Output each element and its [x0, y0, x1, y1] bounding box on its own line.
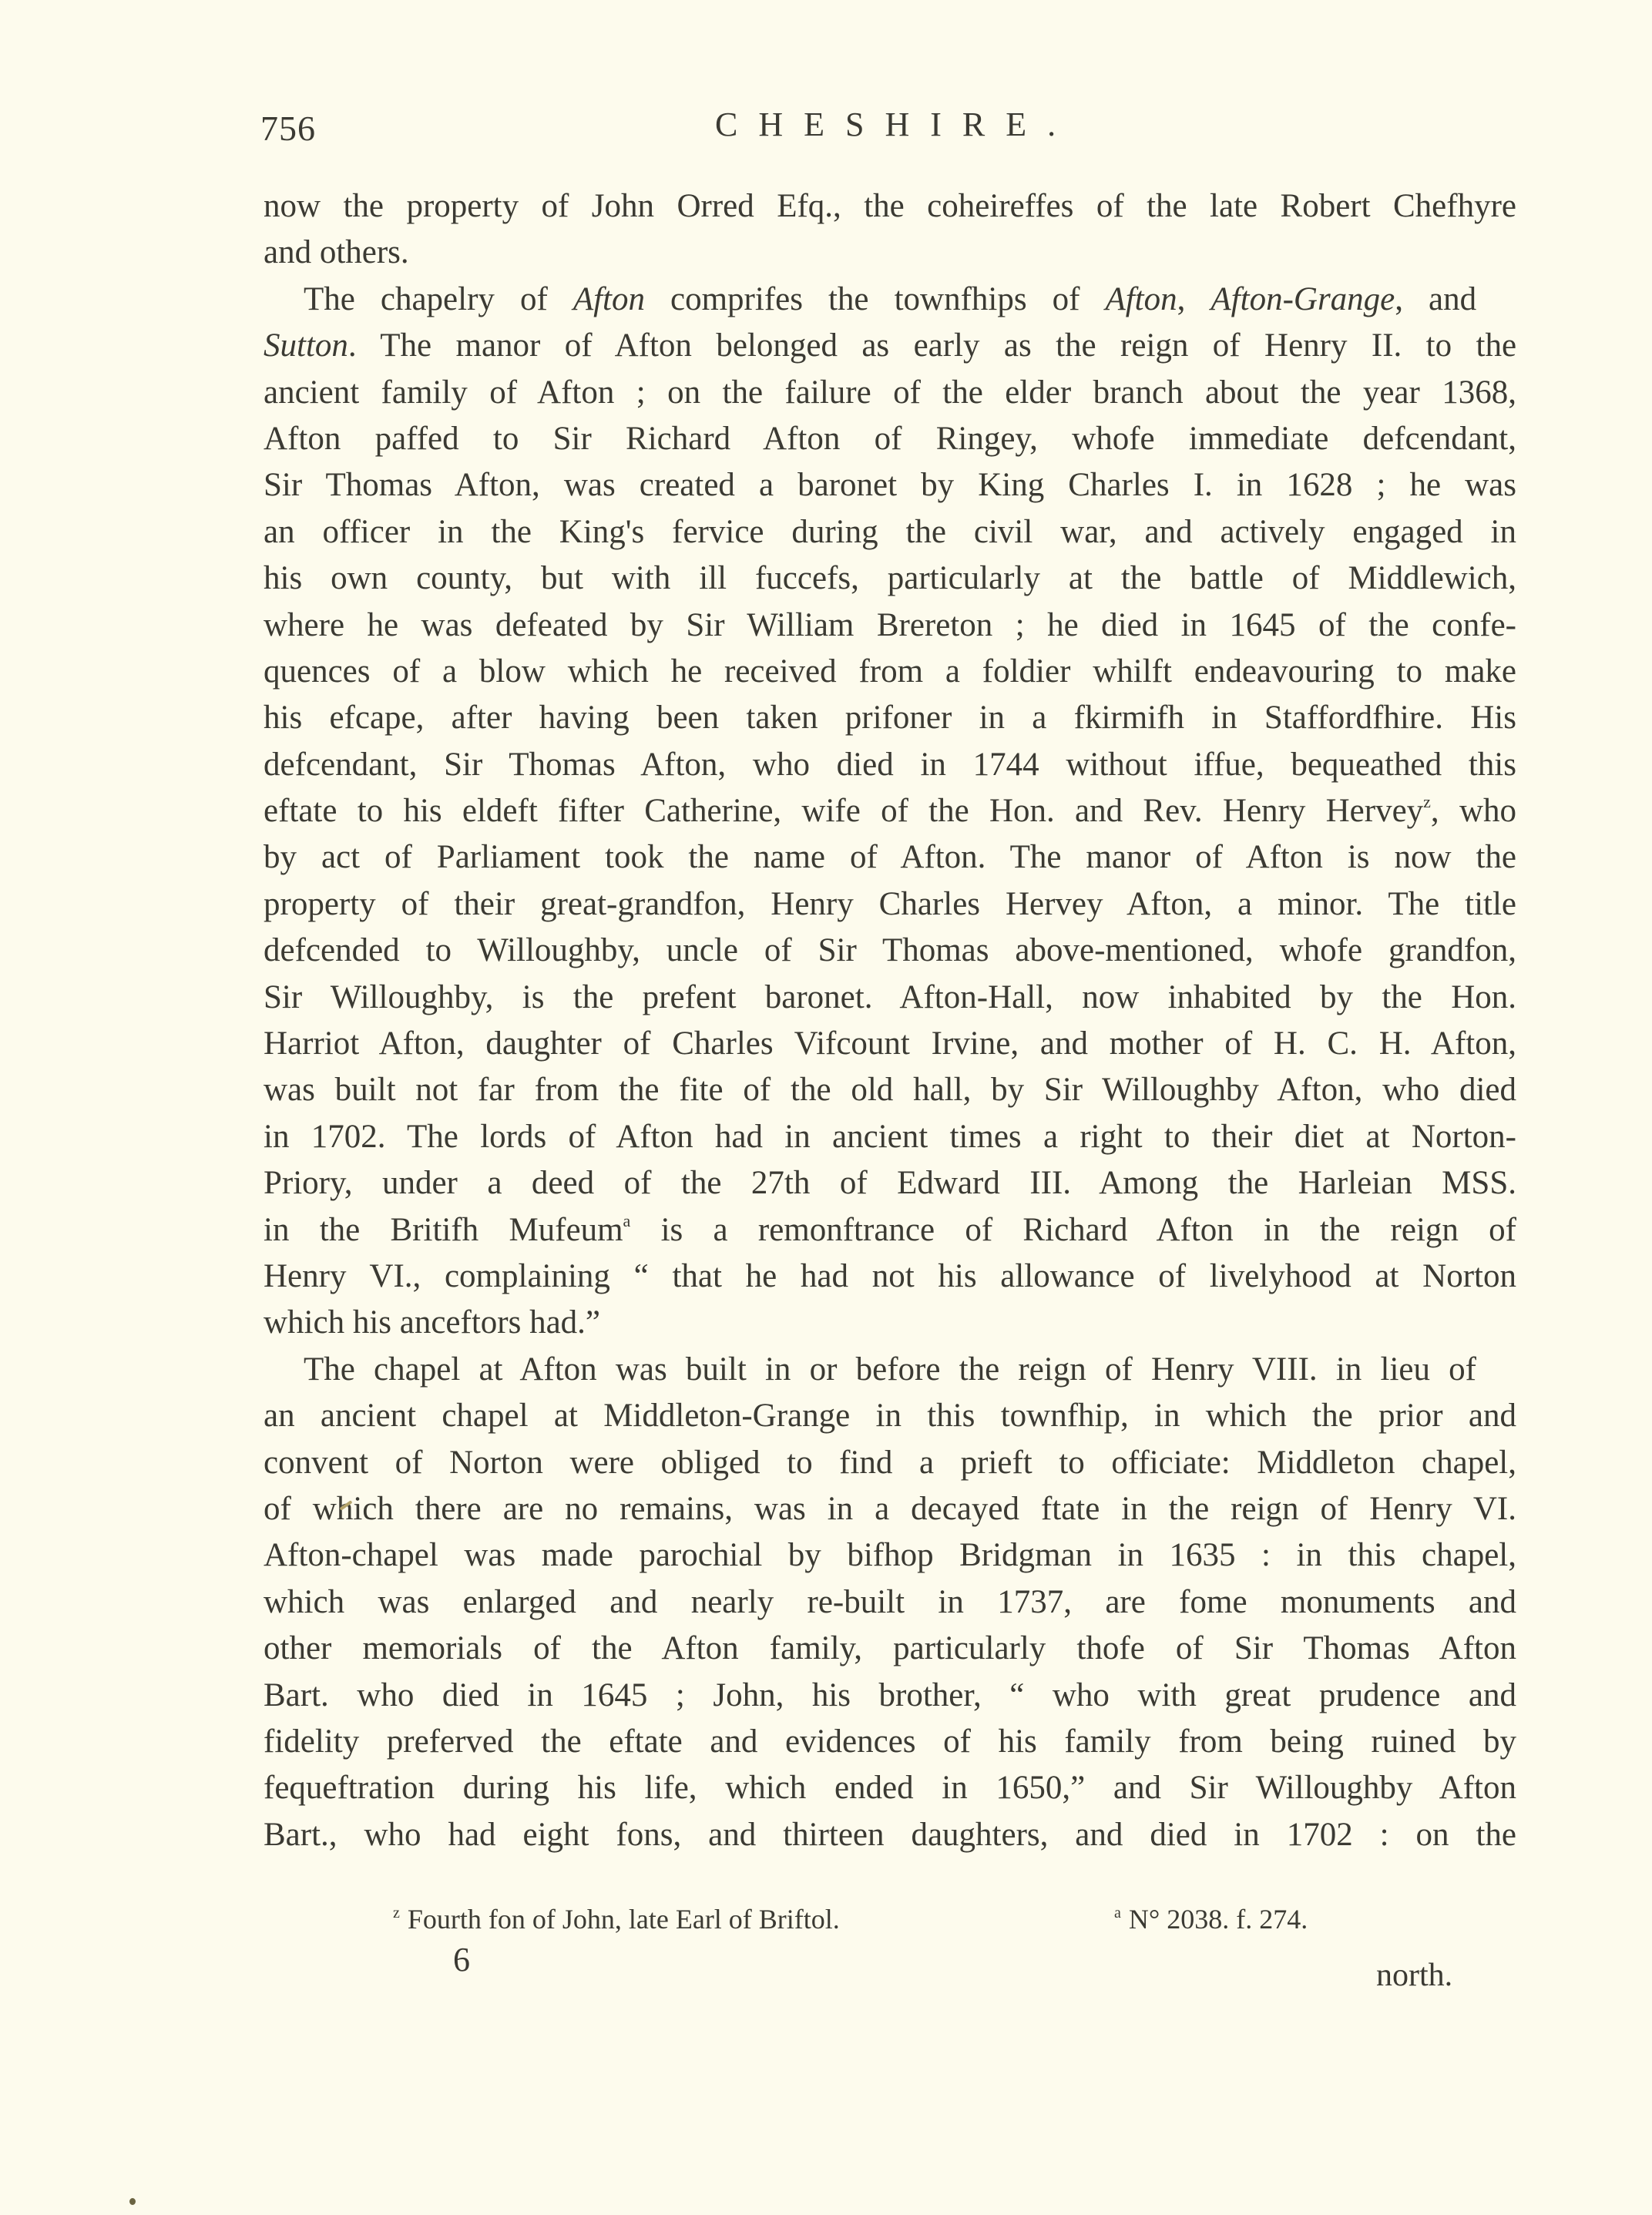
- text-line-content: and others.: [264, 230, 1516, 276]
- footnote-text: Fourth fon of John, late Earl of Briftol…: [408, 1904, 840, 1935]
- text-line-content: Henry VI., complaining “ that he had not…: [264, 1253, 1516, 1300]
- text-line: Afton paffed to Sir Richard Afton of Rin…: [264, 416, 1516, 462]
- text-line: where he was defeated by Sir William Bre…: [264, 602, 1516, 649]
- ink-speck: [129, 2198, 136, 2205]
- text-line: fequeftration during his life, which end…: [264, 1765, 1516, 1811]
- text-line: eftate to his eldeft fifter Catherine, w…: [264, 788, 1516, 834]
- text-line: other memorials of the Afton family, par…: [264, 1626, 1516, 1672]
- text-line: quences of a blow which he received from…: [264, 649, 1516, 695]
- footnote-z: zFourth fon of John, late Earl of Brifto…: [393, 1903, 840, 1935]
- text-line-content: now the property of John Orred Efq., the…: [264, 183, 1516, 230]
- text-line-content: defcended to Willoughby, uncle of Sir Th…: [264, 928, 1516, 974]
- running-title: CHESHIRE.: [715, 105, 1039, 144]
- text-line-content: The chapel at Afton was built in or befo…: [304, 1347, 1476, 1393]
- text-line-content: was built not far from the fite of the o…: [264, 1067, 1516, 1113]
- text-line: The chapelry of Afton comprifes the town…: [264, 277, 1516, 323]
- text-line-content: other memorials of the Afton family, par…: [264, 1626, 1516, 1672]
- text-line: Sutton. The manor of Afton belonged as e…: [264, 323, 1516, 369]
- text-line-content: quences of a blow which he received from…: [264, 649, 1516, 695]
- text-line: Sir Willoughby, is the prefent baronet. …: [264, 975, 1516, 1021]
- text-line-content: Sir Thomas Afton, was created a baronet …: [264, 462, 1516, 508]
- text-line-content: his own county, but with ill fuccefs, pa…: [264, 555, 1516, 602]
- text-line-content: an ancient chapel at Middleton-Grange in…: [264, 1393, 1516, 1439]
- text-line-content: his efcape, after having been taken prif…: [264, 695, 1516, 741]
- text-line: in 1702. The lords of Afton had in ancie…: [264, 1114, 1516, 1160]
- text-line: was built not far from the fite of the o…: [264, 1067, 1516, 1113]
- text-line: defcendant, Sir Thomas Afton, who died i…: [264, 742, 1516, 788]
- text-line-content: Harriot Afton, daughter of Charles Vifco…: [264, 1021, 1516, 1067]
- text-line-content: property of their great-grandfon, Henry …: [264, 881, 1516, 928]
- text-line: which was enlarged and nearly re-built i…: [264, 1579, 1516, 1626]
- text-line-content: Afton-chapel was made parochial by bifho…: [264, 1532, 1516, 1579]
- text-line-content: Sir Willoughby, is the prefent baronet. …: [264, 975, 1516, 1021]
- footnote-text: N° 2038. f. 274.: [1129, 1904, 1308, 1935]
- text-line-content: Bart., who had eight fons, and thirteen …: [264, 1812, 1516, 1858]
- text-line-content: eftate to his eldeft fifter Catherine, w…: [264, 788, 1516, 834]
- text-line: an ancient chapel at Middleton-Grange in…: [264, 1393, 1516, 1439]
- footnote-reference: a: [623, 1211, 631, 1230]
- body-text: now the property of John Orred Efq., the…: [264, 183, 1516, 1858]
- text-line-content: convent of Norton were obliged to find a…: [264, 1440, 1516, 1486]
- text-line-content: in the Britifh Mufeuma is a remonftrance…: [264, 1207, 1516, 1253]
- text-line-content: in 1702. The lords of Afton had in ancie…: [264, 1114, 1516, 1160]
- text-line: an officer in the King's fervice during …: [264, 509, 1516, 555]
- text-line: Priory, under a deed of the 27th of Edwa…: [264, 1160, 1516, 1207]
- text-line: by act of Parliament took the name of Af…: [264, 834, 1516, 881]
- page-number: 756: [260, 108, 316, 149]
- text-line-content: which was enlarged and nearly re-built i…: [264, 1579, 1516, 1626]
- text-line: convent of Norton were obliged to find a…: [264, 1440, 1516, 1486]
- text-line: fidelity preferved the eftate and eviden…: [264, 1719, 1516, 1765]
- text-line: defcended to Willoughby, uncle of Sir Th…: [264, 928, 1516, 974]
- footnote-reference: z: [1423, 792, 1431, 811]
- text-line: and others.: [264, 230, 1516, 276]
- text-line-content: by act of Parliament took the name of Af…: [264, 834, 1516, 881]
- text-line-content: Sutton. The manor of Afton belonged as e…: [264, 323, 1516, 369]
- text-line: his efcape, after having been taken prif…: [264, 695, 1516, 741]
- text-line: in the Britifh Mufeuma is a remonftrance…: [264, 1207, 1516, 1253]
- text-line: Henry VI., complaining “ that he had not…: [264, 1253, 1516, 1300]
- text-line: Harriot Afton, daughter of Charles Vifco…: [264, 1021, 1516, 1067]
- text-line-content: defcendant, Sir Thomas Afton, who died i…: [264, 742, 1516, 788]
- text-line: The chapel at Afton was built in or befo…: [264, 1347, 1516, 1393]
- text-line-content: Bart. who died in 1645 ; John, his broth…: [264, 1673, 1516, 1719]
- text-line-content: fidelity preferved the eftate and eviden…: [264, 1719, 1516, 1765]
- text-line-content: where he was defeated by Sir William Bre…: [264, 602, 1516, 649]
- text-line: Bart. who died in 1645 ; John, his broth…: [264, 1673, 1516, 1719]
- footnote-a: aN° 2038. f. 274.: [1114, 1903, 1308, 1935]
- text-line: property of their great-grandfon, Henry …: [264, 881, 1516, 928]
- footnote-mark: z: [393, 1905, 400, 1921]
- text-line-content: of which there are no remains, was in a …: [264, 1486, 1516, 1532]
- text-line: now the property of John Orred Efq., the…: [264, 183, 1516, 230]
- catchword: north.: [1376, 1957, 1452, 1994]
- text-line-content: Afton paffed to Sir Richard Afton of Rin…: [264, 416, 1516, 462]
- text-line: ancient family of Afton ; on the failure…: [264, 370, 1516, 416]
- text-line: Sir Thomas Afton, was created a baronet …: [264, 462, 1516, 508]
- text-line: Bart., who had eight fons, and thirteen …: [264, 1812, 1516, 1858]
- text-line-content: which his anceftors had.”: [264, 1300, 1516, 1346]
- text-line-content: Priory, under a deed of the 27th of Edwa…: [264, 1160, 1516, 1207]
- footnote-mark: a: [1114, 1905, 1121, 1921]
- text-line: his own county, but with ill fuccefs, pa…: [264, 555, 1516, 602]
- text-line: Afton-chapel was made parochial by bifho…: [264, 1532, 1516, 1579]
- text-line-content: The chapelry of Afton comprifes the town…: [304, 277, 1476, 323]
- text-line: of which there are no remains, was in a …: [264, 1486, 1516, 1532]
- text-line: which his anceftors had.”: [264, 1300, 1516, 1346]
- text-line-content: an officer in the King's fervice during …: [264, 509, 1516, 555]
- text-line-content: ancient family of Afton ; on the failure…: [264, 370, 1516, 416]
- signature-mark: 6: [453, 1940, 470, 1979]
- text-line-content: fequeftration during his life, which end…: [264, 1765, 1516, 1811]
